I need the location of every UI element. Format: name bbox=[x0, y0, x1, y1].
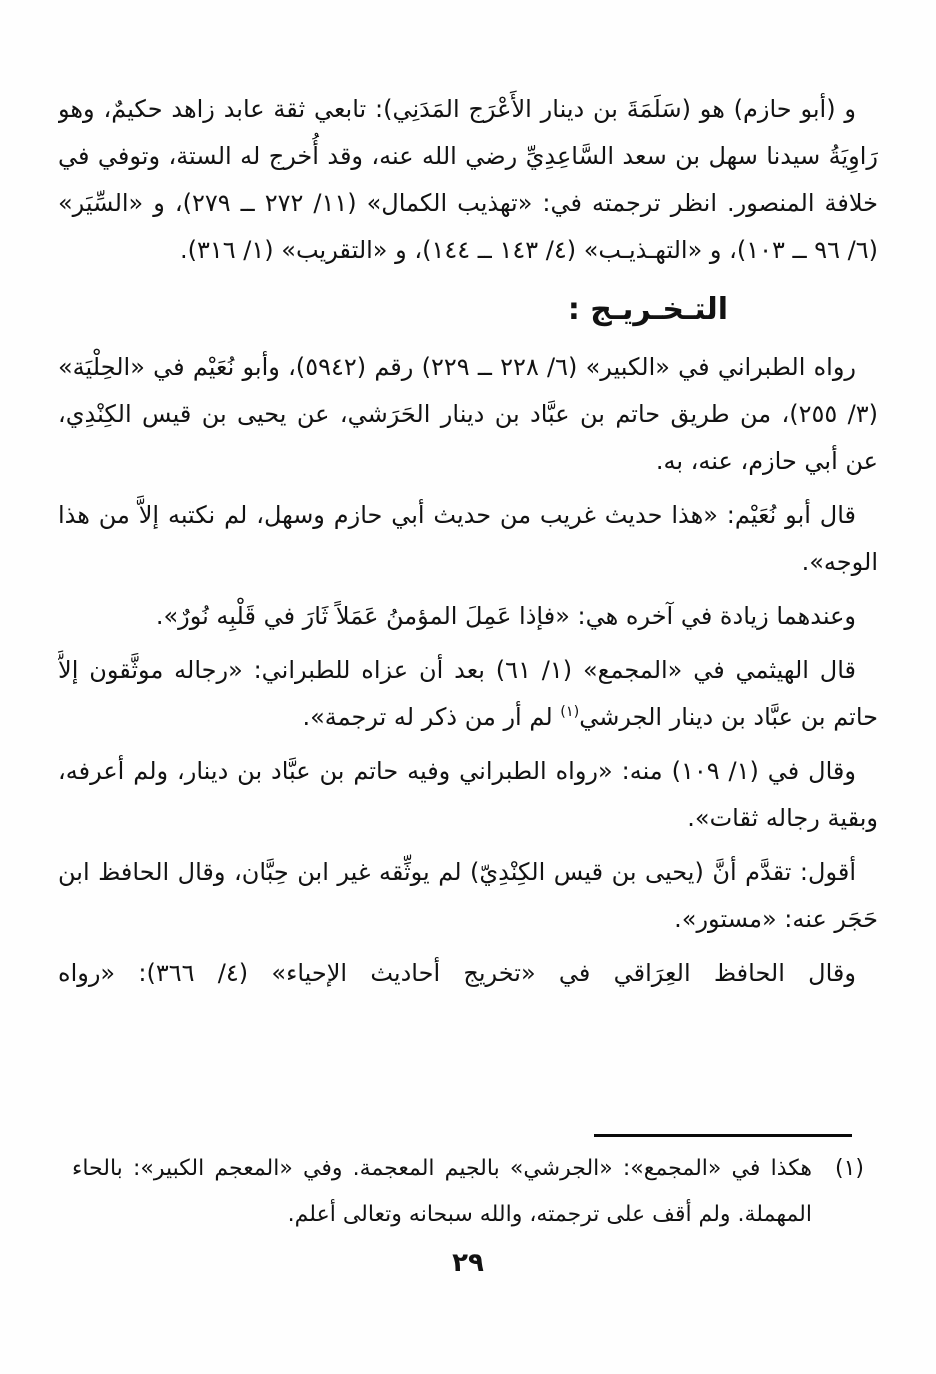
iraqi-paragraph: وقال الحافظ العِرَاقي في «تخريج أحاديث ا… bbox=[58, 950, 878, 997]
footnote-marker: (١) bbox=[835, 1146, 864, 1192]
takhrij-narration-paragraph: رواه الطبراني في «الكبير» (٦/ ٢٢٨ ــ ٢٢٩… bbox=[58, 344, 878, 485]
footnote-area: (١)هكذا في «المجمع»: «الجرشي» بالجيم الم… bbox=[58, 1134, 878, 1238]
biography-paragraph: و (أبو حازم) هو (سَلَمَةَ بن دينار الأَع… bbox=[58, 86, 878, 274]
haythami-quote-paragraph: قال الهيثمي في «المجمع» (١/ ٦١) بعد أن ع… bbox=[58, 647, 878, 741]
abu-nuaym-quote-paragraph: قال أبو نُعَيْم: «هذا حديث غريب من حديث … bbox=[58, 492, 878, 586]
section-heading-takhrij: التـخـريـج : bbox=[58, 288, 878, 332]
addition-paragraph: وعندهما زيادة في آخره هي: «فإذا عَمِلَ ا… bbox=[58, 593, 878, 640]
author-comment-paragraph: أقول: تقدَّم أنَّ (يحيى بن قيس الكِنْدِي… bbox=[58, 849, 878, 943]
footnote-separator bbox=[594, 1134, 852, 1137]
page-body-text: و (أبو حازم) هو (سَلَمَةَ بن دينار الأَع… bbox=[58, 86, 878, 1130]
page-number: ٢٩ bbox=[0, 1248, 936, 1278]
footnote-ref-marker: (١) bbox=[560, 704, 579, 720]
footnote-text: هكذا في «المجمع»: «الجرشي» بالجيم المعجم… bbox=[72, 1156, 812, 1227]
haythami-quote-after: لم أر من ذكر له ترجمة». bbox=[302, 703, 560, 731]
footnote: (١)هكذا في «المجمع»: «الجرشي» بالجيم الم… bbox=[72, 1146, 878, 1238]
haythami-second-quote-paragraph: وقال في (١/ ١٠٩) منه: «رواه الطبراني وفي… bbox=[58, 748, 878, 842]
book-page: و (أبو حازم) هو (سَلَمَةَ بن دينار الأَع… bbox=[0, 0, 936, 1374]
